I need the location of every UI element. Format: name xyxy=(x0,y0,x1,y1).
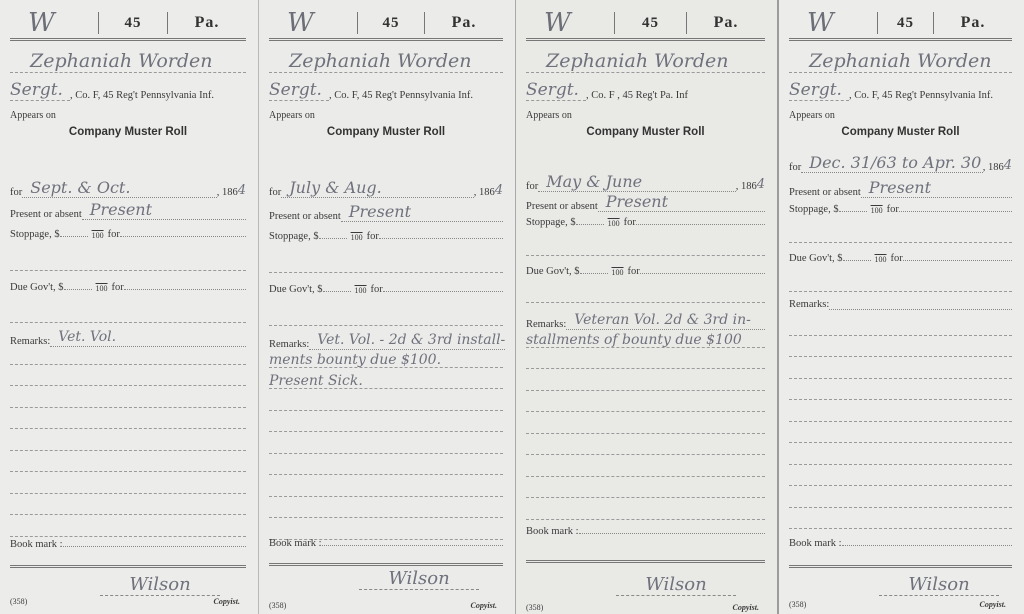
period-value: May & June xyxy=(538,173,735,192)
bookmark-row: Book mark : xyxy=(10,539,246,550)
soldier-name: Zephaniah Worden xyxy=(269,50,503,73)
footer-rule xyxy=(789,565,1012,568)
present-value: Present xyxy=(82,201,246,220)
stoppage-label: Stoppage, $ xyxy=(789,204,839,215)
remarks-ruled-line xyxy=(269,410,503,411)
stoppage-continuation-line xyxy=(526,255,765,256)
due-for: for xyxy=(891,253,903,264)
stoppage-for: for xyxy=(367,231,379,242)
service-record-card: W 45 Pa. Zephaniah Worden Sergt. , Co. F… xyxy=(258,0,515,614)
roll-type: Company Muster Roll xyxy=(10,126,246,138)
footer-rule xyxy=(10,565,246,568)
due-continuation-line xyxy=(526,302,765,303)
surname-initial: W xyxy=(269,8,357,38)
remarks-label: Remarks: xyxy=(789,299,829,310)
card-content: W 45 Pa. Zephaniah Worden Sergt. , Co. F… xyxy=(10,0,246,614)
stoppage-row: Stoppage, $ 100 for xyxy=(269,231,503,242)
rank: Sergt. xyxy=(526,80,586,101)
year-digit: 4 xyxy=(1004,158,1012,173)
surname-initial: W xyxy=(789,8,877,38)
copyist-label: Copyist. xyxy=(733,603,759,612)
stoppage-label: Stoppage, $ xyxy=(10,229,60,240)
footer-rule xyxy=(526,560,765,563)
remarks-ruled-line xyxy=(789,528,1012,529)
due-continuation-line xyxy=(789,291,1012,292)
due-continuation-line xyxy=(10,322,246,323)
regiment-number: 45 xyxy=(615,8,686,38)
remarks-ruled-line xyxy=(526,411,765,412)
remarks-ruled-line xyxy=(789,421,1012,422)
soldier-name: Zephaniah Worden xyxy=(526,50,765,73)
rank: Sergt. xyxy=(10,80,70,101)
remarks-ruled-line xyxy=(789,378,1012,379)
year-digit: 4 xyxy=(757,177,765,192)
period-row: for Sept. & Oct. , 186 4 xyxy=(10,179,246,198)
bookmark-row: Book mark : xyxy=(269,538,503,549)
year-prefix: , 186 xyxy=(983,162,1004,173)
roll-type: Company Muster Roll xyxy=(789,126,1012,138)
appears-on-label: Appears on xyxy=(526,110,572,121)
unit-line: Sergt. , Co. F, 45 Reg't Pennsylvania In… xyxy=(789,80,1012,101)
unit-line: Sergt. , Co. F , 45 Reg't Pa. Inf xyxy=(526,80,765,101)
surname-initial: W xyxy=(526,8,614,38)
present-value: Present xyxy=(341,203,503,222)
for-label: for xyxy=(10,187,22,198)
copyist-label: Copyist. xyxy=(980,600,1006,609)
form-code: (358) xyxy=(526,603,543,612)
state-abbrev: Pa. xyxy=(425,8,503,38)
surname-initial: W xyxy=(10,8,98,38)
stoppage-for: for xyxy=(624,217,636,228)
remarks-line-2: ments bounty due $100. xyxy=(269,352,503,368)
due-gov-row: Due Gov't, $ 100 for xyxy=(526,266,765,277)
roll-type: Company Muster Roll xyxy=(526,126,765,138)
copyist-signature: Wilson xyxy=(359,568,479,590)
due-cents: 100 xyxy=(355,286,367,295)
present-row: Present or absent Present xyxy=(269,203,503,222)
copyist-label: Copyist. xyxy=(214,597,240,606)
remarks-ruled-line xyxy=(269,453,503,454)
remarks-ruled-line xyxy=(526,347,765,348)
remarks-line-3: Present Sick. xyxy=(269,373,503,389)
state-abbrev: Pa. xyxy=(168,8,246,38)
for-label: for xyxy=(526,181,538,192)
due-label: Due Gov't, $ xyxy=(789,253,843,264)
state-abbrev: Pa. xyxy=(687,8,765,38)
unit-text: , Co. F, 45 Reg't Pennsylvania Inf. xyxy=(329,90,473,101)
due-for: for xyxy=(628,266,640,277)
remarks-line-1: Vet. Vol. - 2d & 3rd install- xyxy=(309,331,505,350)
unit-text: , Co. F , 45 Reg't Pa. Inf xyxy=(586,90,688,101)
remarks-ruled-line xyxy=(10,364,246,365)
bookmark-label: Book mark : xyxy=(10,539,63,550)
remarks-ruled-line xyxy=(10,385,246,386)
service-record-card: W 45 Pa. Zephaniah Worden Sergt. , Co. F… xyxy=(515,0,777,614)
remarks-ruled-line xyxy=(269,367,503,368)
present-label: Present or absent xyxy=(526,201,598,212)
due-label: Due Gov't, $ xyxy=(269,284,323,295)
card-header: W 45 Pa. xyxy=(269,8,503,41)
stoppage-row: Stoppage, $ 100 for xyxy=(789,204,1012,215)
remarks-ruled-line xyxy=(10,514,246,515)
remarks-row: Remarks: Vet. Vol. xyxy=(10,328,246,347)
remarks-ruled-line xyxy=(269,496,503,497)
remarks-ruled-line xyxy=(10,493,246,494)
card-header: W 45 Pa. xyxy=(526,8,765,41)
year-prefix: , 186 xyxy=(217,187,238,198)
copyist-label: Copyist. xyxy=(471,601,497,610)
soldier-name: Zephaniah Worden xyxy=(789,50,1012,73)
roll-type: Company Muster Roll xyxy=(269,126,503,138)
remarks-ruled-line xyxy=(526,454,765,455)
present-value: Present xyxy=(861,179,1012,198)
service-record-card: W 45 Pa. Zephaniah Worden Sergt. , Co. F… xyxy=(0,0,258,614)
remarks-row: Remarks: Vet. Vol. - 2d & 3rd install- xyxy=(269,331,503,350)
due-label: Due Gov't, $ xyxy=(526,266,580,277)
due-gov-row: Due Gov't, $ 100 for xyxy=(10,282,246,293)
remarks-row: Remarks: Veteran Vol. 2d & 3rd in- xyxy=(526,311,765,330)
remarks-ruled-line xyxy=(10,450,246,451)
stoppage-cents: 100 xyxy=(871,206,883,215)
appears-on-label: Appears on xyxy=(269,110,315,121)
remarks-ruled-line xyxy=(10,428,246,429)
period-row: for Dec. 31/63 to Apr. 30 , 186 4 xyxy=(789,154,1012,173)
stoppage-cents: 100 xyxy=(92,231,104,240)
remarks-ruled-line xyxy=(269,431,503,432)
stoppage-continuation-line xyxy=(10,270,246,271)
stoppage-cents: 100 xyxy=(608,219,620,228)
due-gov-row: Due Gov't, $ 100 for xyxy=(789,253,1012,264)
year-prefix: , 186 xyxy=(474,187,495,198)
due-continuation-line xyxy=(269,325,503,326)
remarks-ruled-line xyxy=(526,433,765,434)
remarks-ruled-line xyxy=(789,335,1012,336)
regiment-number: 45 xyxy=(878,8,933,38)
card-content: W 45 Pa. Zephaniah Worden Sergt. , Co. F… xyxy=(269,0,503,614)
due-for: for xyxy=(371,284,383,295)
remarks-ruled-line xyxy=(269,474,503,475)
unit-line: Sergt. , Co. F, 45 Reg't Pennsylvania In… xyxy=(269,80,503,101)
rank: Sergt. xyxy=(269,80,329,101)
copyist-signature: Wilson xyxy=(879,574,999,596)
period-value: July & Aug. xyxy=(281,179,473,198)
period-value: Sept. & Oct. xyxy=(22,179,216,198)
regiment-number: 45 xyxy=(358,8,424,38)
remarks-ruled-line xyxy=(526,368,765,369)
remarks-line-1 xyxy=(829,309,1012,310)
copyist-signature: Wilson xyxy=(100,574,220,596)
stoppage-for: for xyxy=(108,229,120,240)
stoppage-row: Stoppage, $ 100 for xyxy=(10,229,246,240)
present-value: Present xyxy=(598,193,765,212)
regiment-number: 45 xyxy=(99,8,167,38)
year-digit: 4 xyxy=(495,183,503,198)
due-for: for xyxy=(112,282,124,293)
stoppage-continuation-line xyxy=(789,242,1012,243)
period-row: for May & June , 186 4 xyxy=(526,173,765,192)
due-cents: 100 xyxy=(875,255,887,264)
remarks-ruled-line xyxy=(10,471,246,472)
present-row: Present or absent Present xyxy=(526,193,765,212)
rank: Sergt. xyxy=(789,80,849,101)
due-cents: 100 xyxy=(612,268,624,277)
present-label: Present or absent xyxy=(789,187,861,198)
remarks-ruled-line xyxy=(526,390,765,391)
bookmark-label: Book mark : xyxy=(269,538,322,549)
stoppage-cents: 100 xyxy=(351,233,363,242)
present-label: Present or absent xyxy=(269,211,341,222)
bookmark-row: Book mark : xyxy=(526,526,765,537)
remarks-row: Remarks: xyxy=(789,299,1012,310)
remarks-label: Remarks: xyxy=(526,319,566,330)
soldier-name: Zephaniah Worden xyxy=(10,50,246,73)
remarks-ruled-line xyxy=(526,497,765,498)
stoppage-label: Stoppage, $ xyxy=(269,231,319,242)
remarks-ruled-line xyxy=(526,519,765,520)
remarks-ruled-line xyxy=(789,399,1012,400)
present-label: Present or absent xyxy=(10,209,82,220)
card-content: W 45 Pa. Zephaniah Worden Sergt. , Co. F… xyxy=(789,0,1012,614)
unit-text: , Co. F, 45 Reg't Pennsylvania Inf. xyxy=(849,90,993,101)
remarks-ruled-line xyxy=(789,356,1012,357)
remarks-ruled-line xyxy=(789,464,1012,465)
bookmark-label: Book mark : xyxy=(526,526,579,537)
card-header: W 45 Pa. xyxy=(789,8,1012,41)
due-label: Due Gov't, $ xyxy=(10,282,64,293)
appears-on-label: Appears on xyxy=(789,110,835,121)
remarks-ruled-line xyxy=(10,536,246,537)
remarks-ruled-line xyxy=(269,388,503,389)
card-header: W 45 Pa. xyxy=(10,8,246,41)
remarks-line-1: Vet. Vol. xyxy=(50,328,246,347)
unit-line: Sergt. , Co. F, 45 Reg't Pennsylvania In… xyxy=(10,80,246,101)
for-label: for xyxy=(269,187,281,198)
stoppage-continuation-line xyxy=(269,272,503,273)
remarks-ruled-line xyxy=(789,485,1012,486)
state-abbrev: Pa. xyxy=(934,8,1012,38)
period-value: Dec. 31/63 to Apr. 30 xyxy=(801,154,982,173)
stoppage-row: Stoppage, $ 100 for xyxy=(526,217,765,228)
unit-text: , Co. F, 45 Reg't Pennsylvania Inf. xyxy=(70,90,214,101)
form-code: (358) xyxy=(10,597,27,606)
footer-rule xyxy=(269,563,503,566)
remarks-label: Remarks: xyxy=(10,336,50,347)
remarks-line-1: Veteran Vol. 2d & 3rd in- xyxy=(566,311,765,330)
remarks-ruled-line xyxy=(10,407,246,408)
remarks-line-2: stallments of bounty due $100 xyxy=(526,332,765,348)
period-row: for July & Aug. , 186 4 xyxy=(269,179,503,198)
form-code: (358) xyxy=(789,600,806,609)
card-content: W 45 Pa. Zephaniah Worden Sergt. , Co. F… xyxy=(526,0,765,614)
stoppage-for: for xyxy=(887,204,899,215)
service-record-card: W 45 Pa. Zephaniah Worden Sergt. , Co. F… xyxy=(777,0,1024,614)
due-gov-row: Due Gov't, $ 100 for xyxy=(269,284,503,295)
remarks-label: Remarks: xyxy=(269,339,309,350)
remarks-ruled-line xyxy=(789,507,1012,508)
stoppage-label: Stoppage, $ xyxy=(526,217,576,228)
year-digit: 4 xyxy=(238,183,246,198)
for-label: for xyxy=(789,162,801,173)
present-row: Present or absent Present xyxy=(10,201,246,220)
muster-roll-cards-sheet: W 45 Pa. Zephaniah Worden Sergt. , Co. F… xyxy=(0,0,1024,614)
bookmark-row: Book mark : xyxy=(789,538,1012,549)
remarks-ruled-line xyxy=(269,517,503,518)
remarks-ruled-line xyxy=(526,476,765,477)
present-row: Present or absent Present xyxy=(789,179,1012,198)
form-code: (358) xyxy=(269,601,286,610)
appears-on-label: Appears on xyxy=(10,110,56,121)
bookmark-label: Book mark : xyxy=(789,538,842,549)
year-prefix: , 186 xyxy=(736,181,757,192)
due-cents: 100 xyxy=(96,284,108,293)
copyist-signature: Wilson xyxy=(616,574,736,596)
remarks-ruled-line xyxy=(789,442,1012,443)
